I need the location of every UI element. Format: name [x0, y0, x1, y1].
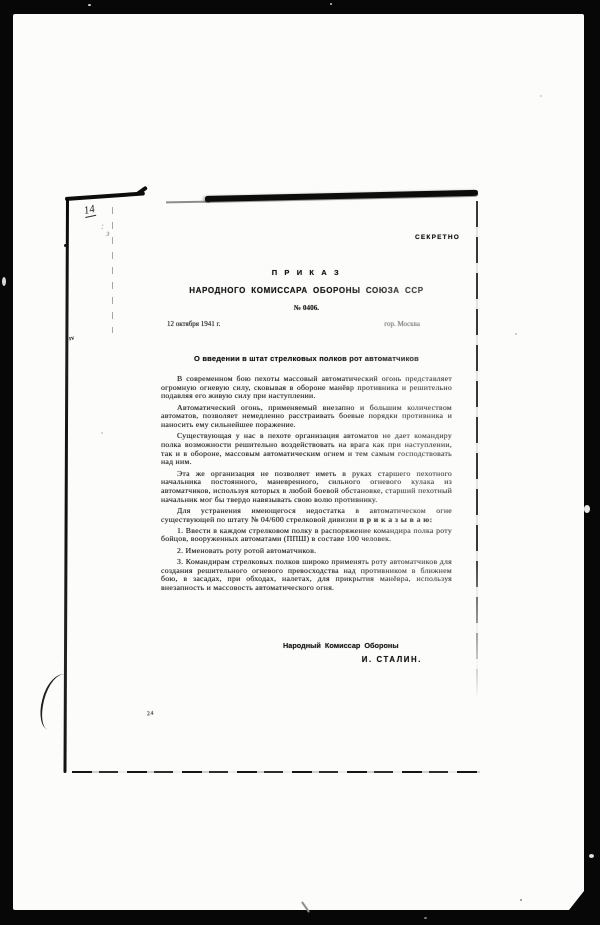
- body-paragraph: Эта же организация не позволяет иметь в …: [161, 470, 452, 505]
- body-paragraph: В современном бою пехоты массовый автома…: [161, 375, 452, 401]
- body-paragraph: Существующая у нас в пехоте организация …: [161, 432, 452, 467]
- handwritten-mark-mid: :: [101, 221, 104, 231]
- signature-block: Народный Комиссар Обороны И. СТАЛИН.: [283, 641, 422, 664]
- paper-speck: [101, 432, 103, 434]
- signature-title: Народный Комиссар Обороны: [283, 641, 422, 650]
- classification-stamp: СЕКРЕТНО: [352, 234, 460, 241]
- decree-paragraph: Для устранения имеющегося недостатка в а…: [161, 507, 452, 524]
- fold-crease: [112, 207, 113, 333]
- margin-tick-mark: ıv: [68, 334, 75, 343]
- border-speck: [589, 854, 594, 858]
- page-number: 24: [147, 711, 155, 718]
- border-speck: [330, 3, 332, 5]
- ink-dot: [64, 244, 67, 247]
- order-date: 12 октября 1941 г.: [167, 320, 220, 328]
- order-item: 2. Именовать роту ротой автоматчиков.: [161, 547, 452, 556]
- order-body: В современном бою пехоты массовый автома…: [161, 375, 452, 593]
- border-speck: [520, 899, 522, 901]
- order-number: № 0406.: [161, 304, 452, 312]
- body-paragraph: Автоматический огонь, применяемый внезап…: [161, 404, 452, 430]
- order-item: 3. Командирам стрелковых полков широко п…: [161, 558, 452, 593]
- decree-keyword: п р и к а з ы в а ю:: [359, 515, 432, 524]
- border-speck: [584, 505, 590, 513]
- order-heading: П Р И К А З: [161, 268, 452, 277]
- order-item: 1. Ввести в каждом стрелковом полку в ра…: [161, 527, 452, 544]
- page-bottom-edge: [72, 771, 480, 773]
- border-speck: [424, 917, 427, 919]
- signature-name: И. СТАЛИН.: [283, 655, 422, 664]
- page-right-edge: [476, 201, 478, 701]
- handwritten-mark-low: з: [105, 228, 110, 238]
- paper-speck: [515, 333, 517, 335]
- scanned-order-page: 14 : з ıv СЕКРЕТНО П Р И К А З НАРОДНОГО…: [0, 0, 600, 925]
- order-content: П Р И К А З НАРОДНОГО КОМИССАРА ОБОРОНЫ …: [161, 268, 452, 595]
- date-place-row: 12 октября 1941 г. гор. Москва: [161, 320, 452, 328]
- order-place: гор. Москва: [384, 320, 420, 328]
- border-speck: [88, 4, 91, 6]
- paper-speck: [540, 95, 542, 97]
- border-speck: [2, 277, 6, 286]
- subject-line: О введении в штат стрелковых полков рот …: [161, 354, 452, 363]
- handwritten-mark-top: 14: [83, 203, 96, 218]
- issuer-line: НАРОДНОГО КОМИССАРА ОБОРОНЫ СОЮЗА ССР: [161, 286, 452, 295]
